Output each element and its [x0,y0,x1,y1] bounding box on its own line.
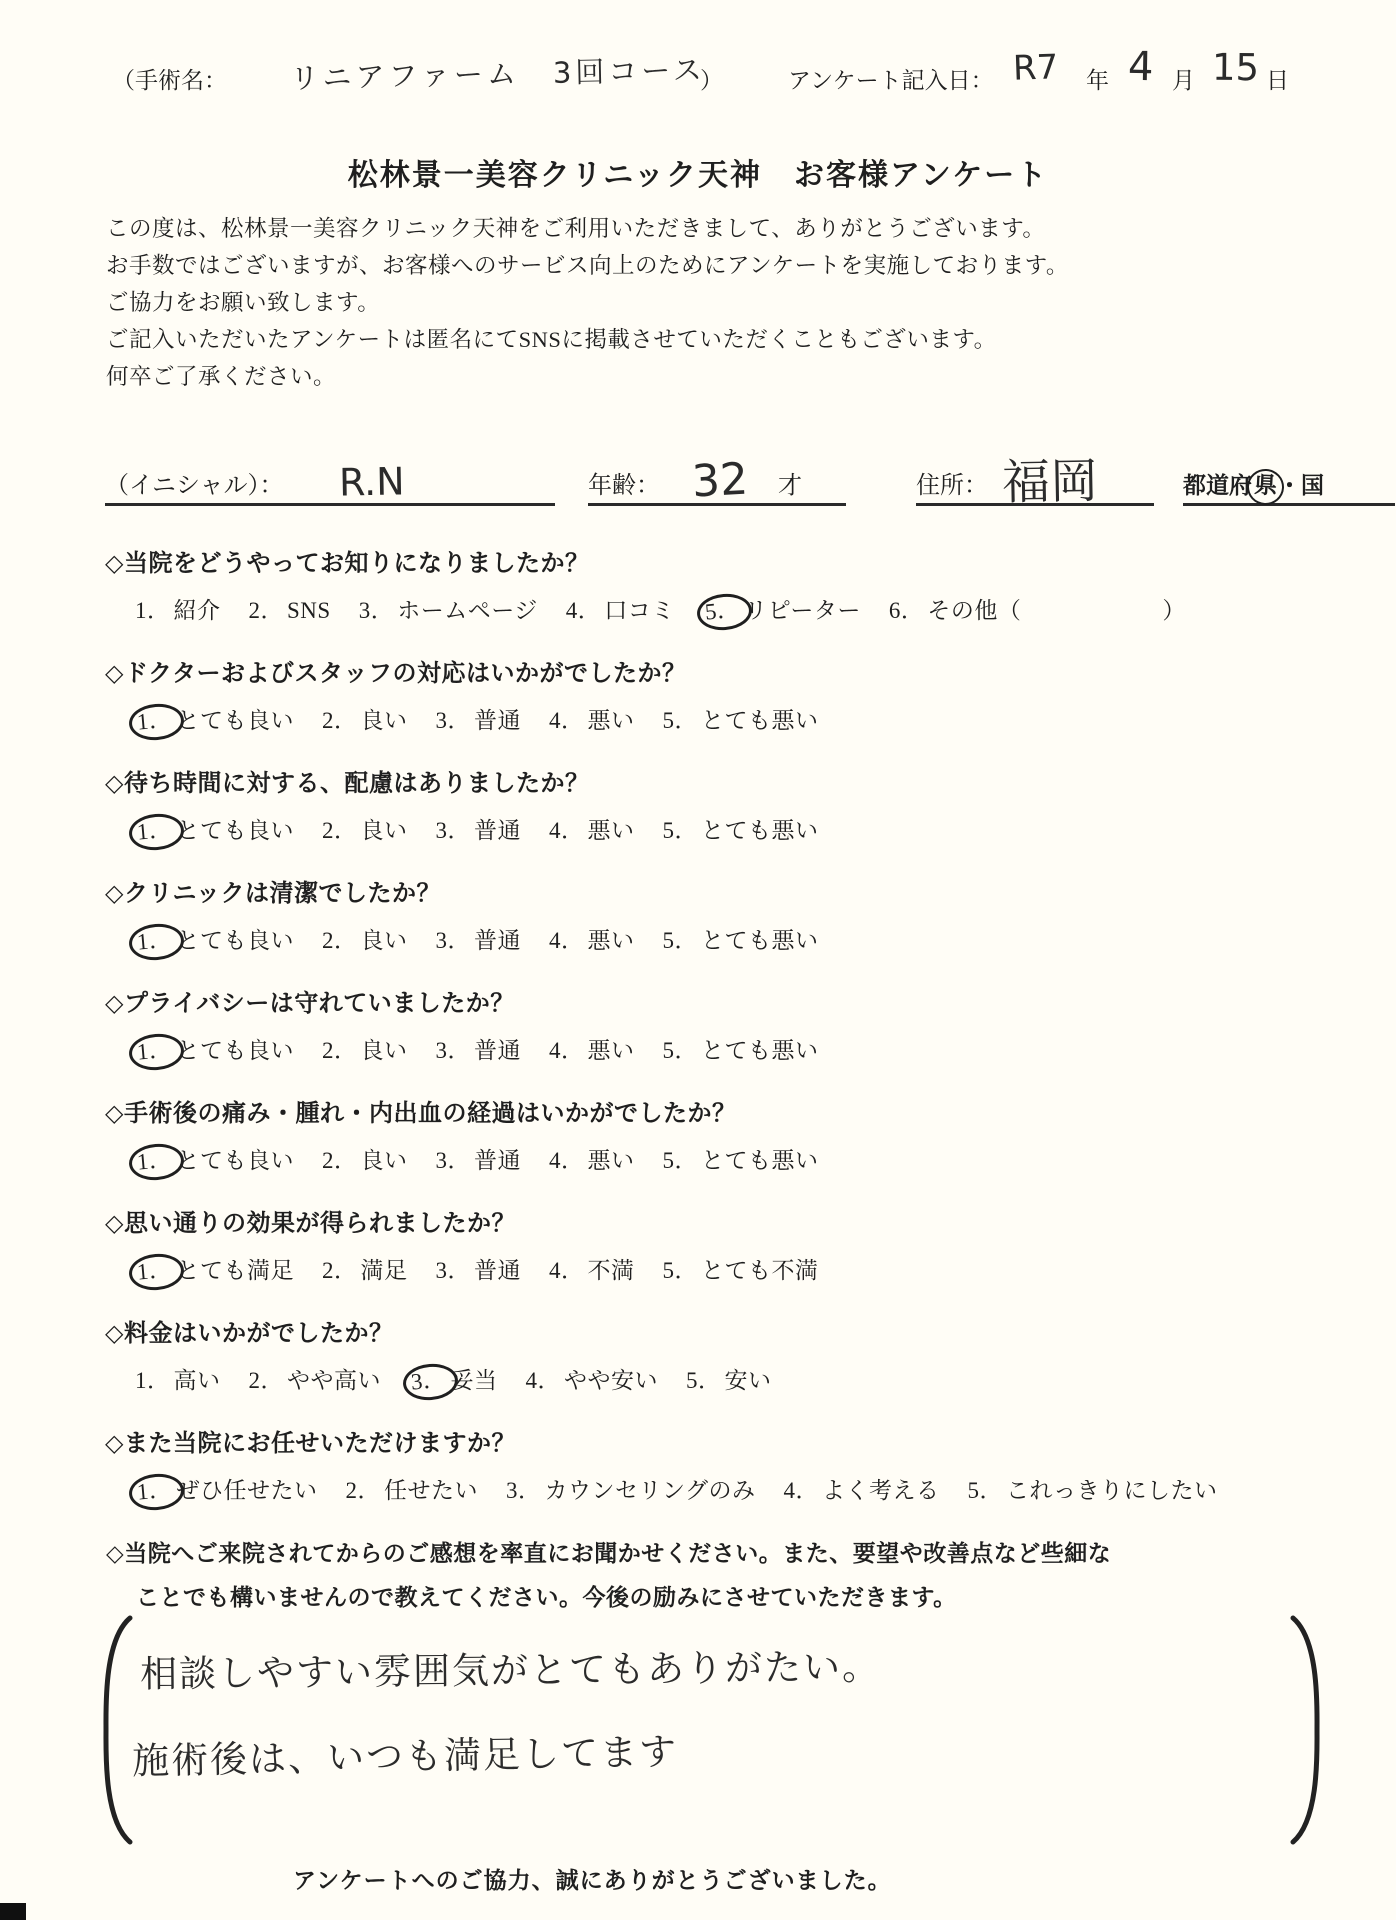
option-number: 3． [436,1038,472,1063]
survey-day-handwritten: 15 [1212,46,1259,89]
circled-answer-mark: 1． [128,1252,185,1293]
address-label: 住所： [916,465,988,500]
option-number: 2． [249,1368,285,1393]
option-label: 紹介 [174,598,221,623]
option-number: 4． [566,598,602,623]
option: 5．とても不満 [663,1258,819,1283]
option-label: 普通 [474,1258,521,1283]
option: 4．悪い [549,928,635,953]
option-number: 4． [784,1478,820,1503]
feedback-prompt-line: ◇当院へご来院されてからのご感想を率直にお聞かせください。また、要望や改善点など… [106,1532,1111,1576]
option-number: 4． [526,1368,562,1393]
intro-line: ご協力をお願い致します。 [106,284,1336,321]
option-label: 満足 [361,1258,408,1283]
option: 4．よく考える [784,1478,940,1503]
region-type-field: 都道府県・国 [1183,438,1395,506]
circled-answer-mark: 5． [695,592,752,633]
option: 2．良い [322,818,408,843]
option-label: 口コミ [604,598,675,623]
option: 3．普通 [436,708,522,733]
option-number: 2． [322,1038,358,1063]
option: 3．普通 [436,818,522,843]
option-number: 5． [663,1258,699,1283]
right-bracket [1283,1612,1331,1848]
option-number: 4． [549,1258,585,1283]
option: 4．口コミ [566,598,675,623]
option: 1．とても良い [135,1038,294,1063]
option-label: 安い [725,1368,772,1393]
option-label: 良い [361,708,408,733]
option-label: とても悪い [701,708,819,733]
intro-paragraph: この度は、松林景一美容クリニック天神をご利用いただきまして、ありがとうございます… [106,210,1336,395]
option-number: 2． [346,1478,382,1503]
age-label: 年齢： [588,465,660,500]
question-options: 1．とても良い2．良い3．普通4．悪い5．とても悪い [105,812,1385,845]
question-block: ◇待ち時間に対する、配慮はありましたか？ 1．とても良い2．良い3．普通4．悪い… [105,768,1385,878]
question-block: ◇料金はいかがでしたか？ 1．高い2．やや高い3．妥当4．やや安い5．安い [105,1318,1385,1428]
option-label: 任せたい [384,1478,478,1503]
option: 4．不満 [549,1258,635,1283]
option-label: 普通 [474,1038,521,1063]
intro-line: お手数ではございますが、お客様へのサービス向上のためにアンケートを実施しておりま… [106,247,1336,284]
scanned-survey-page: （手術名： リニアファーム 3回コース ） アンケート記入日： R7 年 4 月… [0,0,1396,1920]
option-label: 高い [174,1368,221,1393]
option-number: 1． [135,1368,171,1393]
question-prompt: ◇思い通りの効果が得られましたか？ [105,1208,1385,1240]
option-number: 3． [436,928,472,953]
option-label: ホームページ [397,598,538,623]
option-label: 良い [361,818,408,843]
option-number: 5． [968,1478,1004,1503]
region-type-text: 都道府県・国 [1183,467,1324,500]
option-label: 良い [361,1148,408,1173]
circled-answer-mark: 1． [128,1142,185,1183]
option-label: SNS [287,598,331,623]
intro-line: この度は、松林景一美容クリニック天神をご利用いただきまして、ありがとうございます… [106,210,1336,247]
feedback-prompt-line: ことでも構いませんので教えてください。今後の励みにさせていただきます。 [106,1576,1111,1620]
option-number: 3． [436,1258,472,1283]
option: 4．悪い [549,1148,635,1173]
option: 3．ホームページ [359,598,538,623]
option-label: 悪い [588,928,635,953]
option-label: 普通 [474,1148,521,1173]
option-number: 5． [663,1038,699,1063]
option: 3．普通 [436,1258,522,1283]
question-block: ◇当院をどうやってお知りになりましたか？ 1．紹介2．SNS3．ホームページ4．… [105,548,1385,658]
circled-answer-mark: 1． [128,922,185,963]
question-prompt: ◇待ち時間に対する、配慮はありましたか？ [105,768,1385,800]
option: 1．高い [135,1368,221,1393]
option-label: その他（ ） [927,598,1186,623]
initial-handwritten: R.N [338,459,404,504]
question-block: ◇手術後の痛み・腫れ・内出血の経過はいかがでしたか？ 1．とても良い2．良い3．… [105,1098,1385,1208]
option-label: とても不満 [701,1258,819,1283]
questions: ◇当院をどうやってお知りになりましたか？ 1．紹介2．SNS3．ホームページ4．… [105,548,1385,1538]
option: 5．とても悪い [663,1038,819,1063]
question-prompt: ◇また当院にお任せいただけますか？ [105,1428,1385,1460]
option: 2．良い [322,1148,408,1173]
option-label: 普通 [474,708,521,733]
option-number: 1． [135,598,171,623]
option-number: 4． [549,928,585,953]
option: 4．やや安い [526,1368,659,1393]
option-label: 良い [361,928,408,953]
option-number: 2． [322,818,358,843]
option-label: よく考える [822,1478,940,1503]
option-number: 2． [322,1258,358,1283]
option: 2．任せたい [346,1478,479,1503]
question-options: 1．紹介2．SNS3．ホームページ4．口コミ5．リピーター6．その他（ ） [105,592,1385,625]
option: 3．妥当 [409,1368,498,1393]
option: 2．SNS [249,598,331,623]
option-label: とても良い [177,708,295,733]
option-label: とても良い [177,1038,295,1063]
option-label: これっきりにしたい [1006,1478,1218,1503]
option: 6．その他（ ） [889,598,1186,623]
option-label: とても良い [177,928,295,953]
option-label: とても満足 [177,1258,295,1283]
option-number: 3． [359,598,395,623]
circled-answer-mark: 1． [128,1032,185,1073]
question-prompt: ◇プライバシーは守れていましたか？ [105,988,1385,1020]
option-label: リピーター [744,598,861,623]
handwritten-comment: 相談しやすい雰囲気がとてもありがたい。 [140,1636,882,1698]
option-number: 5． [663,818,699,843]
option: 3．カウンセリングのみ [506,1478,756,1503]
option: 5．とても悪い [663,1148,819,1173]
option-number: 4． [549,708,585,733]
question-options: 1．とても良い2．良い3．普通4．悪い5．とても悪い [105,922,1385,955]
survey-date-era-handwritten: R7 [1012,47,1059,89]
option: 4．悪い [549,708,635,733]
option-number: 3． [436,1148,472,1173]
year-character: 年 [1086,62,1109,95]
option: 5．リピーター [703,598,861,623]
option: 1．ぜひ任せたい [135,1478,318,1503]
option: 5．とても悪い [663,708,819,733]
question-block: ◇プライバシーは守れていましたか？ 1．とても良い2．良い3．普通4．悪い5．と… [105,988,1385,1098]
option-label: 良い [361,1038,408,1063]
option: 1．とても満足 [135,1258,294,1283]
option: 2．良い [322,708,408,733]
option: 5．とても悪い [663,928,819,953]
question-prompt: ◇ドクターおよびスタッフの対応はいかがでしたか？ [105,658,1385,690]
survey-date-label: アンケート記入日： [788,62,994,95]
option-number: 2． [322,928,358,953]
circled-answer-mark: 3． [402,1362,459,1403]
question-options: 1．とても良い2．良い3．普通4．悪い5．とても悪い [105,702,1385,735]
region-prefix: 都道府 [1183,473,1252,498]
option: 3．普通 [436,1038,522,1063]
option: 5．安い [686,1368,772,1393]
option-label: 悪い [588,708,635,733]
scan-artifact [0,1903,26,1920]
option-label: ぜひ任せたい [177,1478,318,1503]
option: 1．紹介 [135,598,221,623]
option-label: とても悪い [701,1148,819,1173]
surgery-name-handwritten: リニアファーム 3回コース [290,48,707,98]
option: 5．これっきりにしたい [968,1478,1218,1503]
option: 4．悪い [549,1038,635,1063]
age-suffix: 才 [778,465,802,500]
option: 1．とても良い [135,1148,294,1173]
option-label: 悪い [588,1148,635,1173]
option-number: 3． [436,818,472,843]
option-label: やや安い [564,1368,658,1393]
surgery-name-label: （手術名： [112,62,227,95]
option-label: 不満 [588,1258,635,1283]
intro-line: 何卒ご了承ください。 [106,358,1336,395]
question-block: ◇クリニックは清潔でしたか？ 1．とても良い2．良い3．普通4．悪い5．とても悪… [105,878,1385,988]
intro-line: ご記入いただいたアンケートは匿名にてSNSに掲載させていただくこともございます。 [106,321,1336,358]
option-label: カウンセリングのみ [545,1478,756,1503]
address-handwritten: 福岡 [1001,442,1098,513]
option: 2．満足 [322,1258,408,1283]
option-label: とても悪い [701,928,819,953]
option-label: とても良い [177,1148,295,1173]
option-number: 4． [549,1148,585,1173]
question-prompt: ◇料金はいかがでしたか？ [105,1318,1385,1350]
day-character: 日 [1266,62,1289,95]
option: 2．良い [322,1038,408,1063]
survey-month-handwritten: 4 [1128,44,1154,90]
option-label: とても悪い [701,818,819,843]
option-number: 2． [322,708,358,733]
initial-label: （イニシャル）： [105,465,284,500]
option-number: 5． [686,1368,722,1393]
question-options: 1．とても良い2．良い3．普通4．悪い5．とても悪い [105,1032,1385,1065]
surgery-name-close-paren: ） [700,62,723,95]
option: 3．普通 [436,1148,522,1173]
option-number: 5． [663,708,699,733]
age-field: 年齢： 32 才 [588,438,846,506]
question-options: 1．ぜひ任せたい2．任せたい3．カウンセリングのみ4．よく考える5．これっきりに… [105,1472,1385,1505]
option-number: 6． [889,598,925,623]
handwritten-comment: 施術後は、いつも満足してます [132,1721,679,1785]
option-label: 悪い [588,818,635,843]
option: 1．とても良い [135,818,294,843]
question-block: ◇ドクターおよびスタッフの対応はいかがでしたか？ 1．とても良い2．良い3．普通… [105,658,1385,768]
option-label: 普通 [474,928,521,953]
option-number: 4． [549,1038,585,1063]
option-label: 普通 [474,818,521,843]
question-options: 1．とても良い2．良い3．普通4．悪い5．とても悪い [105,1142,1385,1175]
question-options: 1．とても満足2．満足3．普通4．不満5．とても不満 [105,1252,1385,1285]
month-character: 月 [1172,62,1195,95]
option-label: やや高い [287,1368,381,1393]
option: 1．とても良い [135,928,294,953]
age-handwritten: 32 [691,454,750,508]
option-number: 5． [663,1148,699,1173]
circled-answer-mark: 1． [128,812,185,853]
question-options: 1．高い2．やや高い3．妥当4．やや安い5．安い [105,1362,1385,1395]
option-label: とても良い [177,818,295,843]
footer-thanks: アンケートへのご協力、誠にありがとうございました。 [293,1862,892,1895]
circled-answer-mark: 1． [128,1472,185,1513]
page-title: 松林景一美容クリニック天神 お客様アンケート [0,150,1396,194]
initial-field: （イニシャル）： R.N [105,438,555,506]
option-label: とても悪い [701,1038,819,1063]
option: 4．悪い [549,818,635,843]
question-prompt: ◇クリニックは清潔でしたか？ [105,878,1385,910]
question-prompt: ◇当院をどうやってお知りになりましたか？ [105,548,1385,580]
feedback-prompt: ◇当院へご来院されてからのご感想を率直にお聞かせください。また、要望や改善点など… [106,1532,1111,1620]
option: 5．とても悪い [663,818,819,843]
option: 1．とても良い [135,708,294,733]
address-field: 住所： 福岡 [916,438,1154,506]
region-suffix: ・国 [1278,473,1324,498]
option-number: 2． [322,1148,358,1173]
option: 3．普通 [436,928,522,953]
option-number: 5． [663,928,699,953]
question-block: ◇また当院にお任せいただけますか？ 1．ぜひ任せたい2．任せたい3．カウンセリン… [105,1428,1385,1538]
option: 2．やや高い [249,1368,382,1393]
option: 2．良い [322,928,408,953]
question-prompt: ◇手術後の痛み・腫れ・内出血の経過はいかがでしたか？ [105,1098,1385,1130]
option-number: 2． [249,598,285,623]
question-block: ◇思い通りの効果が得られましたか？ 1．とても満足2．満足3．普通4．不満5．と… [105,1208,1385,1318]
option-number: 3． [506,1478,542,1503]
option-number: 4． [549,818,585,843]
option-number: 3． [436,708,472,733]
circled-answer-mark: 1． [128,702,185,743]
option-label: 悪い [588,1038,635,1063]
